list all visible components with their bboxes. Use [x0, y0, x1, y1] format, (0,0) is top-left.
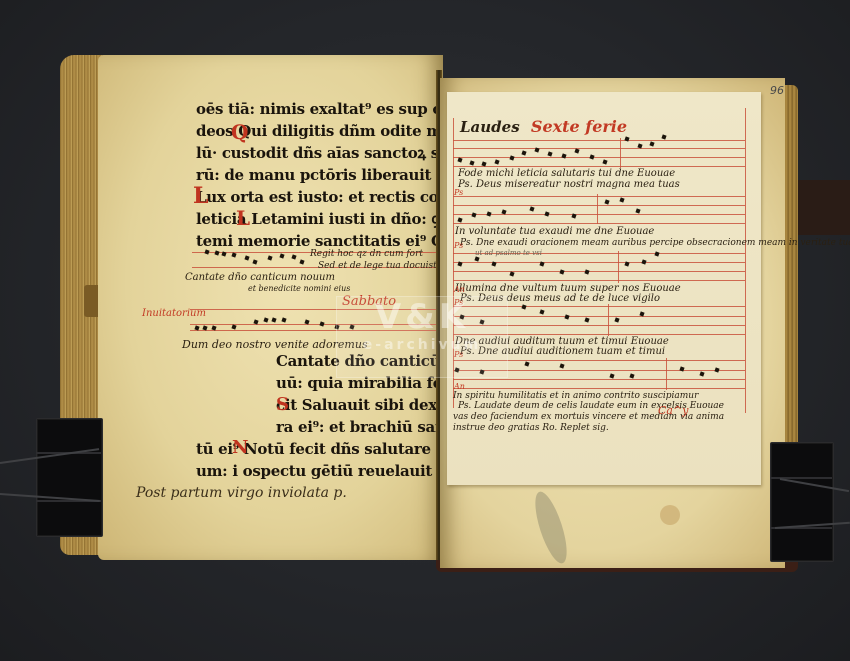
staff-line	[453, 379, 745, 380]
staff-line	[453, 196, 745, 197]
watermark-logo: V&K	[337, 297, 507, 337]
margin-invitatorium: Inuitatorium	[142, 308, 182, 319]
staff-line	[453, 205, 745, 206]
slip-heading: Laudes Sexte ferie	[460, 120, 627, 134]
staff-divider	[608, 304, 609, 336]
binder-clip-left	[36, 418, 103, 537]
staff-line	[453, 223, 745, 224]
staff-line	[453, 280, 745, 281]
binder-clip-right	[770, 442, 834, 562]
red-initial-l: L	[193, 183, 208, 209]
slip-text-line: ut ad psalmo te vsi	[475, 246, 542, 260]
red-initial-q: Q	[231, 120, 248, 144]
slip-text-line: instrue deo gratias Ro. Replet sig.	[453, 421, 609, 435]
watermark-text: e-archivum	[337, 337, 507, 353]
print-line: Lux orta est iusto: et rectis corde	[196, 186, 465, 208]
handwritten-staff1-subtext: et benedicite nomini eius	[248, 282, 350, 296]
folio-number: 96	[770, 84, 784, 97]
margin-label: Ps	[454, 239, 463, 253]
handwritten-note-right-2: Sed et de lege tua docuisti	[318, 259, 440, 273]
print-line: um: i ospectu gētiū reuelauit iusti	[196, 460, 473, 482]
staff-divider	[620, 138, 621, 168]
print-line: oēs tiā: nimis exaltat⁹ es sup oēs	[196, 98, 465, 120]
heading-laudes: Laudes	[460, 118, 520, 136]
staff-divider	[666, 358, 667, 390]
red-initial-l2: L	[236, 206, 250, 230]
heading-sexte-ferie: Sexte ferie	[531, 117, 627, 136]
staff-divider	[618, 251, 619, 283]
slip-margin-line	[745, 108, 746, 413]
print-line: rū: de manu pctōris liberauit eos	[196, 164, 465, 186]
staff-line	[453, 140, 745, 141]
slip-rubric-mark: Ca^y	[658, 404, 688, 418]
red-initial-s: S	[276, 394, 289, 415]
staff-line	[453, 271, 745, 272]
spot-stain	[660, 505, 680, 525]
margin-label: Ps	[454, 186, 463, 200]
cover-strap	[797, 180, 850, 235]
margin-label: An	[454, 380, 465, 394]
margin-label: An	[454, 283, 465, 297]
marginal-handwritten-note: Post partum virgo inviolata p.	[136, 486, 347, 500]
archive-watermark: V&K e-archivum	[336, 296, 508, 378]
staff-line	[453, 214, 745, 215]
staff-divider	[597, 194, 598, 224]
red-initial-n: N	[232, 437, 248, 458]
staff-line	[453, 148, 745, 149]
slip-text-line: Ps. Deus misereatur nostri magna mea tua…	[458, 178, 680, 192]
staff-line	[453, 157, 745, 158]
print-line: lū· custodit dñs aīas sanctoꝝ suo	[196, 142, 465, 164]
